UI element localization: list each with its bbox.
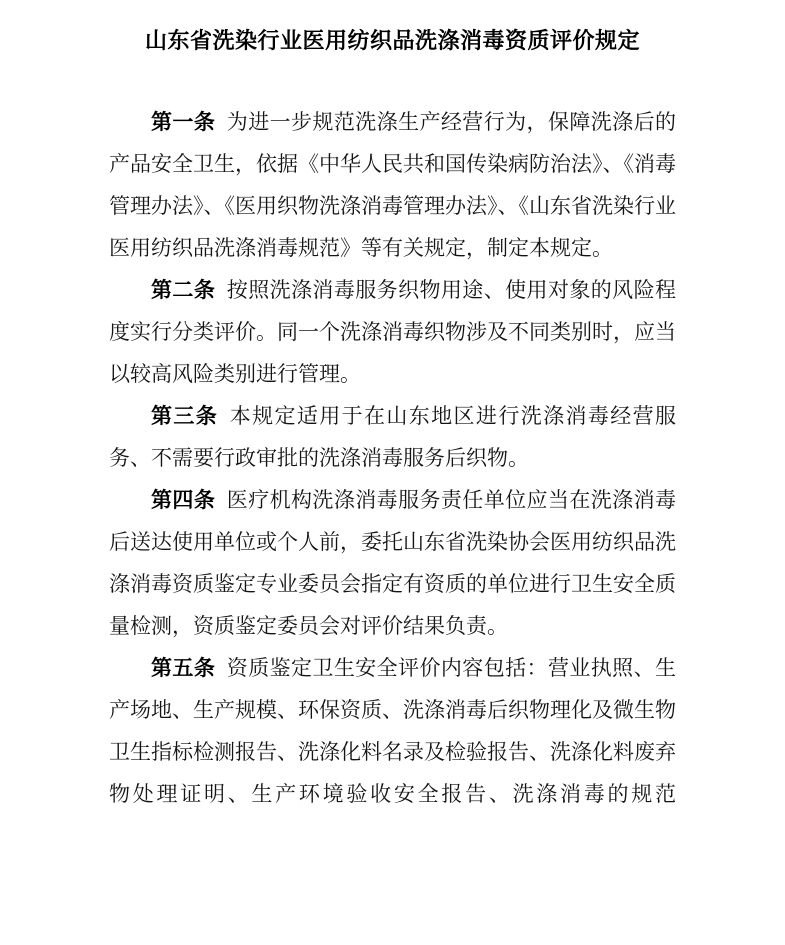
clause-label: 第四条 <box>151 488 215 512</box>
clause-label: 第二条 <box>151 278 215 302</box>
clause-label: 第五条 <box>151 656 215 680</box>
document-page: 山东省洗染行业医用纺织品洗涤消毒资质评价规定 第一条为进一步规范洗涤生产经营行为… <box>0 0 785 945</box>
clause-paragraph: 第三条本规定适用于在山东地区进行洗涤消毒经营服务、不需要行政审批的洗涤消毒服务后… <box>109 395 676 479</box>
clause-paragraph: 第五条资质鉴定卫生安全评价内容包括：营业执照、生产场地、生产规模、环保资质、洗涤… <box>109 647 676 815</box>
clause-label: 第三条 <box>151 404 218 428</box>
page-title: 山东省洗染行业医用纺织品洗涤消毒资质评价规定 <box>109 27 676 55</box>
document-body: 第一条为进一步规范洗涤生产经营行为，保障洗涤后的产品安全卫生，依据《中华人民共和… <box>109 101 676 815</box>
clause-paragraph: 第一条为进一步规范洗涤生产经营行为，保障洗涤后的产品安全卫生，依据《中华人民共和… <box>109 101 676 269</box>
clause-paragraph: 第二条按照洗涤消毒服务织物用途、使用对象的风险程度实行分类评价。同一个洗涤消毒织… <box>109 269 676 395</box>
clause-label: 第一条 <box>151 110 215 134</box>
clause-paragraph: 第四条医疗机构洗涤消毒服务责任单位应当在洗涤消毒后送达使用单位或个人前，委托山东… <box>109 479 676 647</box>
